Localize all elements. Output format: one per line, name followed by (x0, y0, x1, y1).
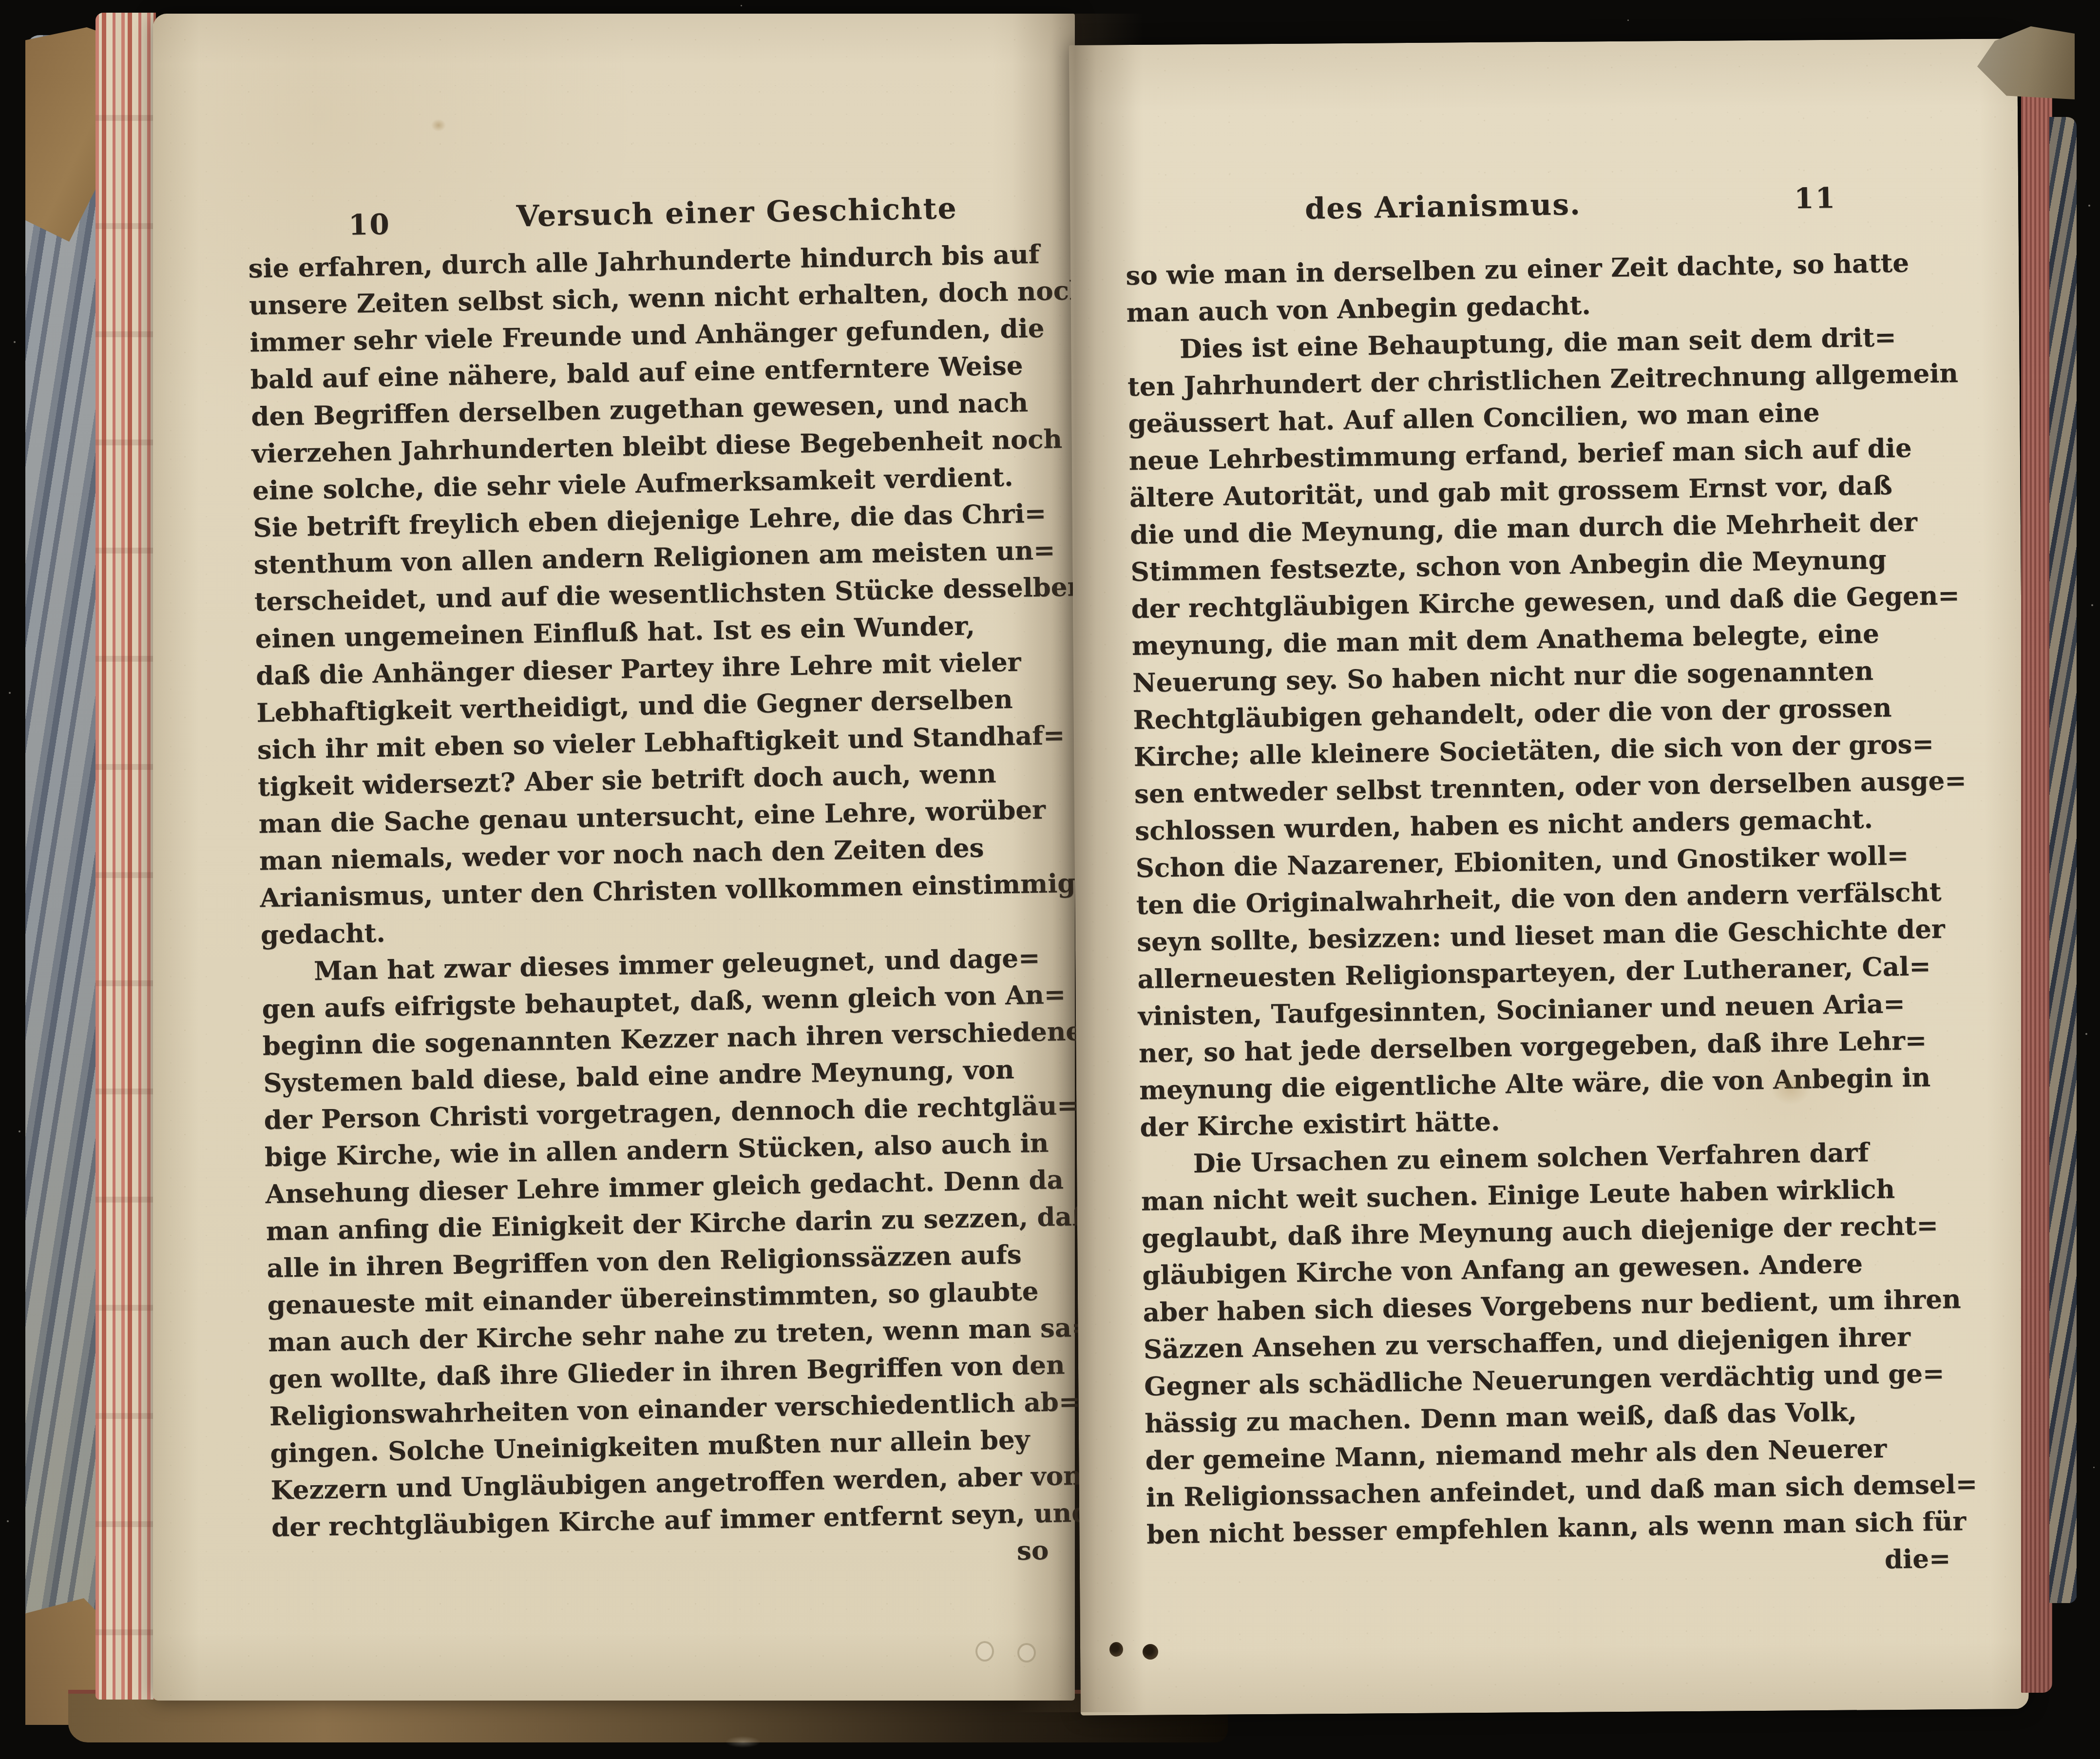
foxing-stain (1764, 1067, 1817, 1111)
right-marbled-cover-board (2049, 117, 2077, 1603)
dust-speck (9, 692, 11, 694)
dust-speck (2091, 604, 2093, 606)
dust-speck (2085, 1033, 2087, 1035)
wormhole (1109, 1642, 1123, 1657)
page-number-left: 10 (348, 208, 391, 242)
book-photo-scene: 10 Versuch einer Geschichte sie erfahren… (0, 0, 2100, 1759)
blind-emboss-mark (1017, 1643, 1036, 1663)
dust-speck (2093, 1467, 2095, 1468)
text-block-left: sie erfahren, durch alle Jahrhunderte hi… (248, 236, 1052, 1583)
dust-speck (14, 341, 16, 343)
page-left-10: 10 Versuch einer Geschichte sie erfahren… (153, 14, 1075, 1701)
wormhole (1143, 1644, 1158, 1660)
page-text-right: so wie man in derselben zu einer Zeit da… (1126, 244, 1953, 1553)
page-number-right: 11 (1794, 181, 1837, 215)
dust-speck (19, 1130, 20, 1132)
dust-speck (7, 1520, 9, 1522)
page-text-left: sie erfahren, durch alle Jahrhunderte hi… (248, 236, 1051, 1546)
running-header-right: des Arianismus. (1305, 188, 1582, 226)
foxing-stain (429, 117, 448, 134)
dust-speck (741, 5, 742, 6)
edge-highlight (721, 1735, 765, 1749)
left-page-content: 10 Versuch einer Geschichte sie erfahren… (137, 5, 1090, 1709)
blind-emboss-mark (975, 1641, 994, 1662)
page-right-11: des Arianismus. 11 so wie man in derselb… (1069, 38, 2029, 1716)
right-page-block-red-edges (2021, 47, 2052, 1693)
right-page-content: des Arianismus. 11 so wie man in derselb… (1061, 34, 2037, 1720)
dust-speck (2088, 205, 2090, 207)
dust-speck (1627, 19, 1629, 21)
running-header-left: Versuch einer Geschichte (516, 191, 957, 234)
text-block-right: so wie man in derselben zu einer Zeit da… (1126, 244, 1954, 1590)
